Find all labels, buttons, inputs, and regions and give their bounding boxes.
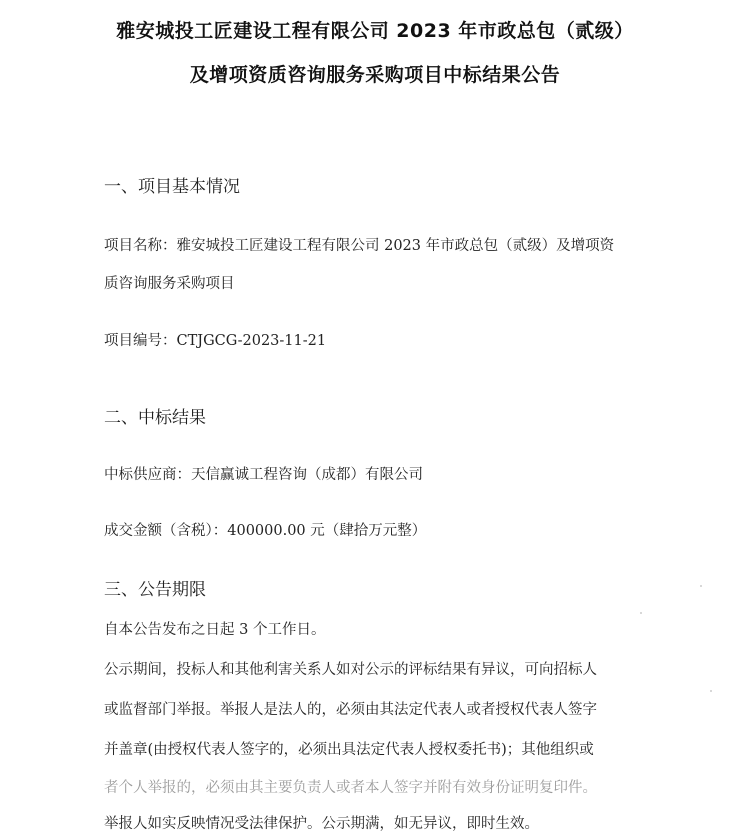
project-name-line-2: 质咨询服务采购项目	[104, 272, 235, 293]
objection-paragraph-line-3: 并盖章(由授权代表人签字的，必须出具法定代表人授权委托书)；其他组织或	[104, 738, 594, 759]
objection-paragraph-line-1: 公示期间，投标人和其他利害关系人如对公示的评标结果有异议，可向招标人	[104, 658, 597, 679]
objection-paragraph-line-5: 举报人如实反映情况受法律保护。公示期满，如无异议，即时生效。	[104, 812, 539, 833]
section-2-heading: 二、中标结果	[104, 403, 206, 428]
document-title-line-2: 及增项资质咨询服务采购项目中标结果公告	[0, 60, 750, 87]
scan-speck	[700, 585, 702, 587]
scan-speck	[640, 612, 642, 614]
transaction-amount: 成交金额（含税）：400000.00 元（肆拾万元整）	[104, 519, 426, 540]
notice-period: 自本公告发布之日起 3 个工作日。	[104, 618, 325, 639]
project-number: 项目编号：CTJGCG-2023-11-21	[104, 329, 326, 350]
document-title-line-1: 雅安城投工匠建设工程有限公司 2023 年市政总包（贰级）	[0, 16, 750, 43]
objection-paragraph-line-4: 者个人举报的，必须由其主要负责人或者本人签字并附有效身份证明复印件。	[104, 776, 597, 797]
project-name-line-1: 项目名称：雅安城投工匠建设工程有限公司 2023 年市政总包（贰级）及增项资	[104, 234, 614, 255]
section-3-heading: 三、公告期限	[104, 575, 206, 600]
scan-speck	[710, 690, 712, 692]
section-1-heading: 一、项目基本情况	[104, 172, 240, 197]
objection-paragraph-line-2: 或监督部门举报。举报人是法人的，必须由其法定代表人或者授权代表人签字	[104, 698, 597, 719]
winning-supplier: 中标供应商：天信赢诚工程咨询（成都）有限公司	[104, 463, 423, 484]
